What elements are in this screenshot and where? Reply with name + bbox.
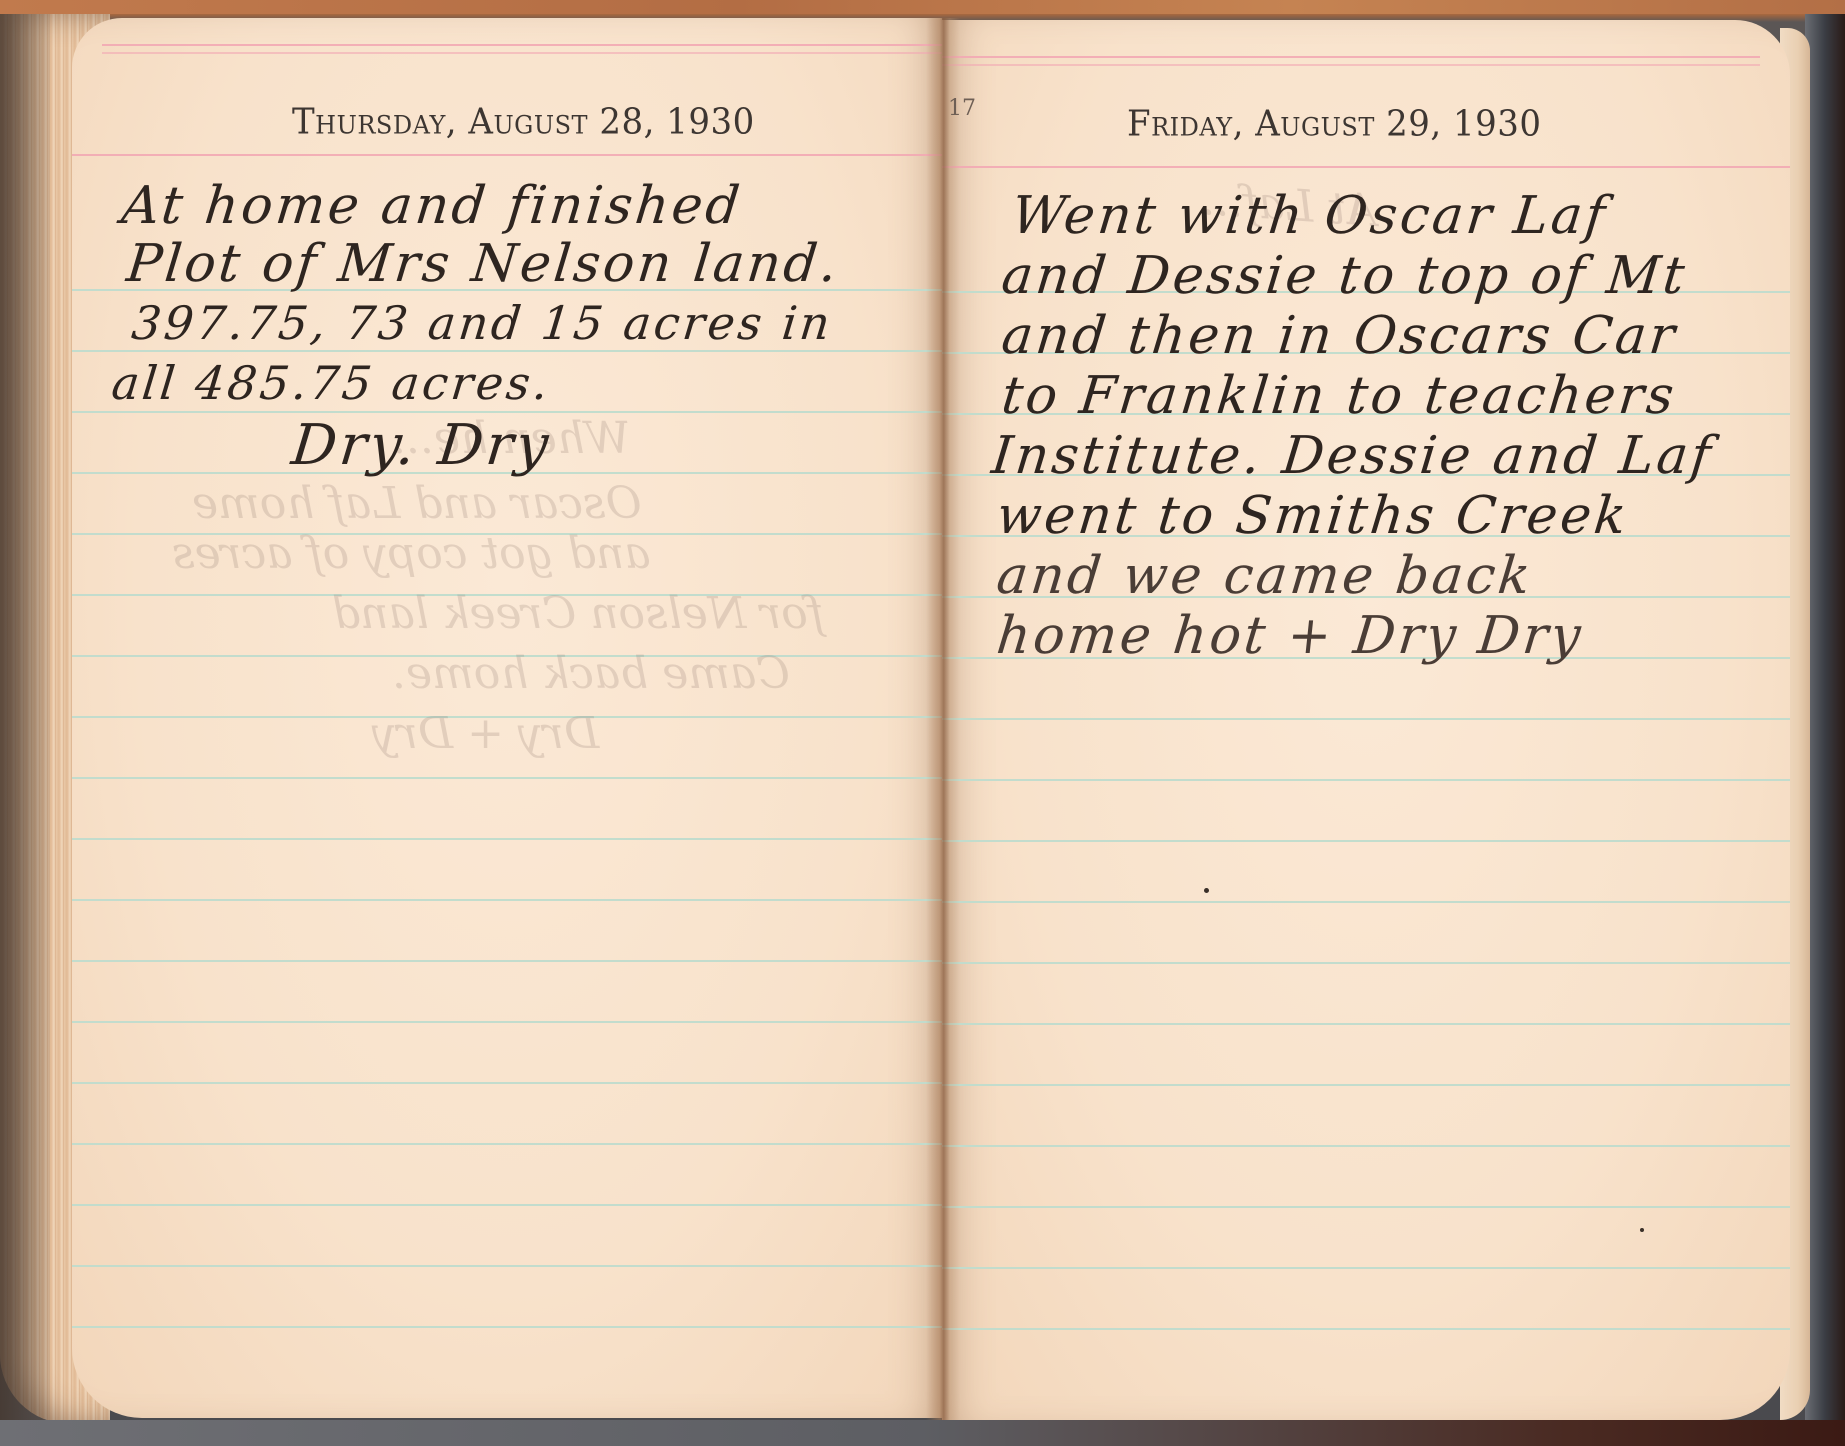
entry-line: and Dessie to top of Mt [999, 246, 1690, 306]
entry-line: At home and finished [119, 176, 745, 236]
entry-line: and then in Oscars Car [999, 306, 1681, 366]
entry-line: to Franklin to teachers [999, 366, 1680, 426]
pink-rule-header [942, 166, 1790, 168]
date-header: Friday, August 29, 1930 [1127, 103, 1542, 145]
pink-rule-top [942, 56, 1760, 58]
book-gutter [926, 18, 960, 1420]
entry-line: all 485.75 acres. [109, 356, 553, 410]
entry-line: Went with Oscar Laf [1009, 186, 1611, 246]
pink-rule-top-double [102, 52, 942, 54]
entry-line: Plot of Mrs Nelson land. [124, 234, 843, 294]
pink-rule-top-double [942, 64, 1760, 66]
right-page: Friday, August 29, 1930 At Laf... Went w… [942, 20, 1790, 1420]
page-number: 17 [948, 96, 976, 121]
entry-line: Dry. Dry [289, 413, 555, 478]
diary-cover-edge [1805, 14, 1845, 1424]
page-stack-shadow [0, 14, 50, 1424]
handwritten-entry: Went with Oscar Laf and Dessie to top of… [992, 170, 1772, 730]
handwritten-entry: At home and finished Plot of Mrs Nelson … [112, 158, 912, 498]
ink-speck [1204, 888, 1209, 893]
pink-rule-top [102, 44, 942, 46]
entry-line: and we came back [994, 546, 1536, 606]
entry-line: went to Smiths Creek [994, 486, 1632, 546]
entry-line: Institute. Dessie and Laf [989, 426, 1717, 486]
date-header: Thursday, August 28, 1930 [292, 101, 755, 143]
ink-speck [1640, 1228, 1644, 1232]
table-surface [0, 0, 1845, 14]
left-page: Thursday, August 28, 1930 When he... Osc… [72, 18, 942, 1418]
pink-rule-header [72, 154, 942, 156]
background-surface [0, 1420, 1845, 1446]
diary-photo: Thursday, August 28, 1930 When he... Osc… [0, 0, 1845, 1446]
entry-line: 397.75, 73 and 15 acres in [129, 296, 835, 350]
entry-line: home hot + Dry Dry [994, 606, 1586, 666]
